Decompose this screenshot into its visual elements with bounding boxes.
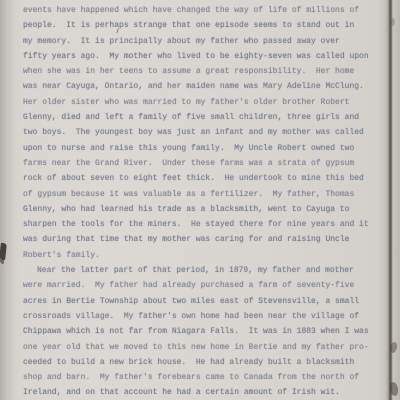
typewritten-line: were married. My father had already purc… <box>23 278 382 293</box>
scanned-page: events have happened which have changed … <box>0 0 400 400</box>
typewritten-line: upon to nurse and raise this young famil… <box>23 141 382 156</box>
typewritten-line: Ireland, and on that account he had a ce… <box>23 385 382 400</box>
typewritten-line: of gypsum because it was valuable as a f… <box>23 187 382 202</box>
typewritten-line: Glenny, who had learned his trade as a b… <box>23 202 382 217</box>
typewritten-line: one year old that we moved to this new h… <box>23 340 382 355</box>
typewritten-line: rock of about seven to eight feet thick.… <box>23 171 382 186</box>
typewritten-line: was during that time that my mother was … <box>23 232 382 247</box>
typewritten-line: events have happened which have changed … <box>23 3 382 18</box>
typewritten-line: Robert's family. <box>23 248 382 263</box>
typewritten-line: my memory. It is principally about my fa… <box>23 34 382 49</box>
typewritten-line: acres in Bertie Township about two miles… <box>23 294 382 309</box>
typewritten-line: sharpen the tools for the miners. He sta… <box>23 217 382 232</box>
typewritten-line: people. It is perhaps strange that one e… <box>23 18 382 33</box>
typewritten-line: crossroads village. My father's own home… <box>23 309 382 324</box>
typewritten-line: Glenny, died and left a family of five s… <box>23 110 382 125</box>
scan-left-edge <box>0 0 16 400</box>
typewritten-line-paragraph-start: Near the latter part of that period, in … <box>23 263 382 278</box>
typewritten-line: Her older sister who was married to my f… <box>23 95 382 110</box>
typewritten-line: farms near the Grand River. Under these … <box>23 156 382 171</box>
typewritten-line: Chippawa which is not far from Niagara F… <box>23 324 382 339</box>
typewritten-line: when she was in her teens to assume a gr… <box>23 64 382 79</box>
typewritten-line: ceeded to build a new brick house. He ha… <box>23 355 382 370</box>
typewritten-line: was near Cayuga, Ontario, and her maiden… <box>23 79 382 94</box>
typewritten-line: two boys. The youngest boy was just an i… <box>23 125 382 140</box>
typewritten-line: shop and barn. My father's forebears cam… <box>23 370 382 385</box>
typewritten-text-block: events have happened which have changed … <box>23 3 382 400</box>
ink-smudge <box>390 18 395 26</box>
typewritten-line: fifty years ago. My mother who lived to … <box>23 49 382 64</box>
